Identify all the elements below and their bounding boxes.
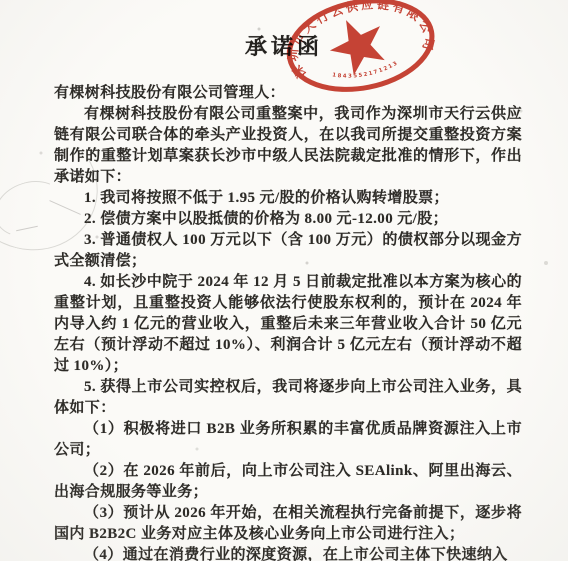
document-body: 有棵树科技股份有限公司管理人： 有棵树科技股份有限公司重整案中，我司作为深圳市天… — [54, 83, 522, 561]
paragraph-item-4: 4. 如长沙中院于 2024 年 12 月 5 日前裁定批准以本方案为核心的重整… — [54, 272, 522, 377]
paragraph-item-2: 2. 偿债方案中以股抵债的价格为 8.00 元-12.00 元/股； — [54, 209, 522, 230]
paragraph-item-1: 1. 我司将按照不低于 1.95 元/股的价格认购转增股票； — [54, 188, 522, 209]
paragraph-sub-3: （3）预计从 2026 年开始，在相关流程执行完备前提下，逐步将国内 B2B2C… — [54, 503, 522, 545]
salutation-line: 有棵树科技股份有限公司管理人： — [54, 83, 522, 104]
paragraph-intro: 有棵树科技股份有限公司重整案中，我司作为深圳市天行云供应链有限公司联合体的牵头产… — [54, 104, 522, 188]
scan-scratch — [16, 226, 38, 232]
paragraph-sub-1: （1）积极将进口 B2B 业务所积累的丰富优质品牌资源注入上市公司； — [54, 419, 522, 461]
paragraph-sub-4: （4）通过在消费行业的深度资源，在上市公司主体下快速纳入 — [54, 545, 522, 561]
scanned-document-page: 承诺函 深圳市天行云供应链有限公司 1843552171213 有棵树科技股份有… — [0, 0, 568, 561]
paragraph-item-5: 5. 获得上市公司实控权后，我司将逐步向上市公司注入业务，具体如下： — [54, 377, 522, 419]
paragraph-item-3: 3. 普通债权人 100 万元以下（含 100 万元）的债权部分以现金方式全额清… — [54, 230, 522, 272]
paragraph-sub-2: （2）在 2026 年前后，向上市公司注入 SEAlink、阿里出海云、出海合规… — [54, 461, 522, 503]
